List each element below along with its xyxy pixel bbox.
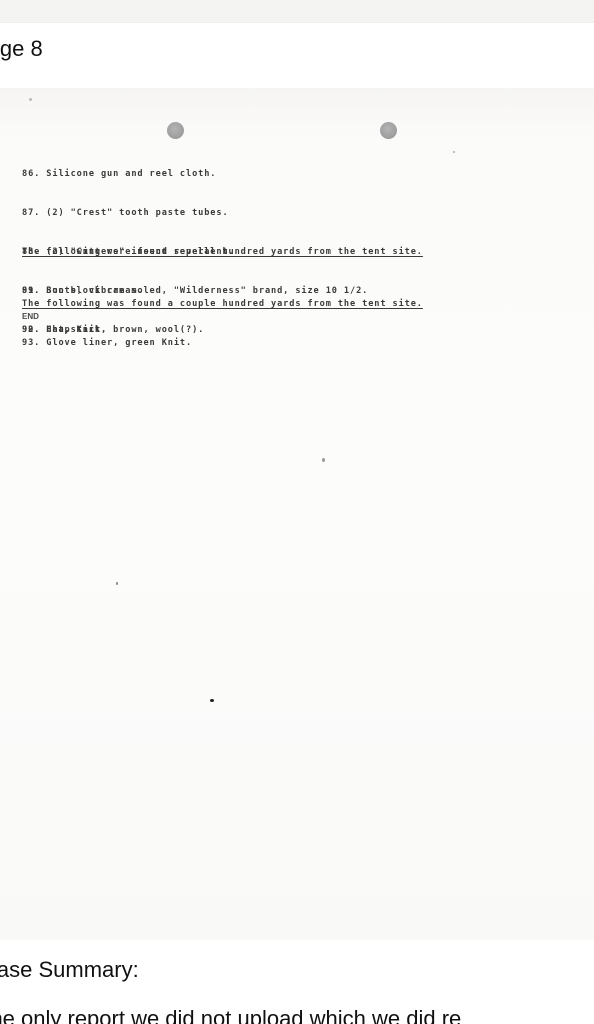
punch-hole-left <box>167 122 184 139</box>
end-marker: END <box>22 312 39 321</box>
scan-speck <box>322 458 325 462</box>
punch-hole-right <box>380 122 397 139</box>
scan-speck <box>116 582 118 585</box>
summary-text: The only report we did not upload which … <box>0 1008 461 1024</box>
scan-speck <box>210 699 214 702</box>
top-strip <box>0 0 594 23</box>
scan-speck <box>453 151 455 153</box>
scan-speck <box>29 98 32 101</box>
section-heading: The following were found several hundred… <box>22 246 423 259</box>
section-heading: The following was found a couple hundred… <box>22 298 423 311</box>
list-item: 93. Glove liner, green Knit. <box>22 337 423 350</box>
item-list-block-3: The following was found a couple hundred… <box>22 272 423 376</box>
list-item: 86. Silicone gun and reel cloth. <box>22 168 235 181</box>
page-heading: Page 8 <box>0 38 43 60</box>
list-item: 87. (2) "Crest" tooth paste tubes. <box>22 207 235 220</box>
summary-heading: Case Summary: <box>0 959 139 981</box>
scanned-document-image: 86. Silicone gun and reel cloth. 87. (2)… <box>0 88 594 940</box>
